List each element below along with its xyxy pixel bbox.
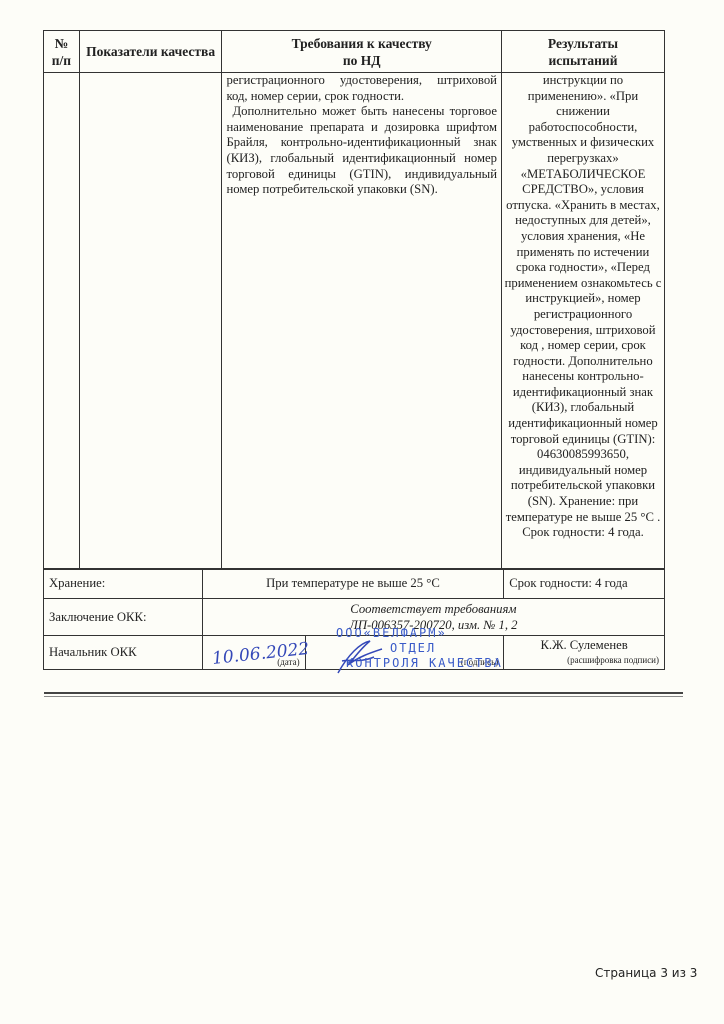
storage-row: Хранение: При температуре не выше 25 °С … — [44, 569, 665, 599]
separator-line-secondary — [44, 696, 683, 697]
conclusion-label: Заключение ОКК: — [44, 599, 203, 636]
header-requirements: Требования к качеству по НД — [222, 31, 502, 73]
header-requirements-line1: Требования к качеству — [222, 35, 501, 52]
requirements-paragraph-1: регистрационного удостоверения, штрихово… — [226, 73, 497, 104]
header-results: Результаты испытаний — [501, 31, 664, 73]
cell-requirements: регистрационного удостоверения, штрихово… — [222, 73, 502, 570]
cell-indicator — [79, 73, 222, 570]
requirements-paragraph-2: Дополнительно может быть нанесены торгов… — [226, 104, 497, 198]
header-results-line1: Результаты — [502, 35, 664, 52]
storage-value: При температуре не выше 25 °С — [202, 569, 503, 599]
header-results-line2: испытаний — [502, 52, 664, 69]
page-number: Страница 3 из 3 — [595, 966, 697, 980]
signer-caption: (расшифровка подписи) — [509, 653, 659, 668]
signer-name: К.Ж. Сулеменев — [509, 638, 659, 653]
table-row: регистрационного удостоверения, штрихово… — [44, 73, 665, 570]
storage-label: Хранение: — [44, 569, 203, 599]
cell-num — [44, 73, 80, 570]
header-num: № п/п — [44, 31, 80, 73]
cell-results: инструкции по применению». «При снижении… — [501, 73, 664, 570]
separator-line — [44, 692, 683, 694]
header-indicators: Показатели качества — [79, 31, 222, 73]
head-label: Начальник ОКК — [44, 636, 203, 670]
stamp-line3: КОНТРОЛЯ КАЧЕСТВА — [346, 656, 503, 670]
stamp-line2: ОТДЕЛ — [390, 641, 436, 655]
shelf-life: Срок годности: 4 года — [504, 569, 665, 599]
table-header-row: № п/п Показатели качества Требования к к… — [44, 31, 665, 73]
stamp-line1: ООО«ВЕЛФАРМ» — [336, 626, 447, 640]
quality-table: № п/п Показатели качества Требования к к… — [43, 30, 665, 570]
header-num-line2: п/п — [44, 52, 79, 69]
signer-cell: К.Ж. Сулеменев (расшифровка подписи) — [504, 636, 665, 670]
conclusion-line1: Соответствует требованиям — [208, 601, 659, 617]
header-num-line1: № — [44, 35, 79, 52]
header-requirements-line2: по НД — [222, 52, 501, 69]
